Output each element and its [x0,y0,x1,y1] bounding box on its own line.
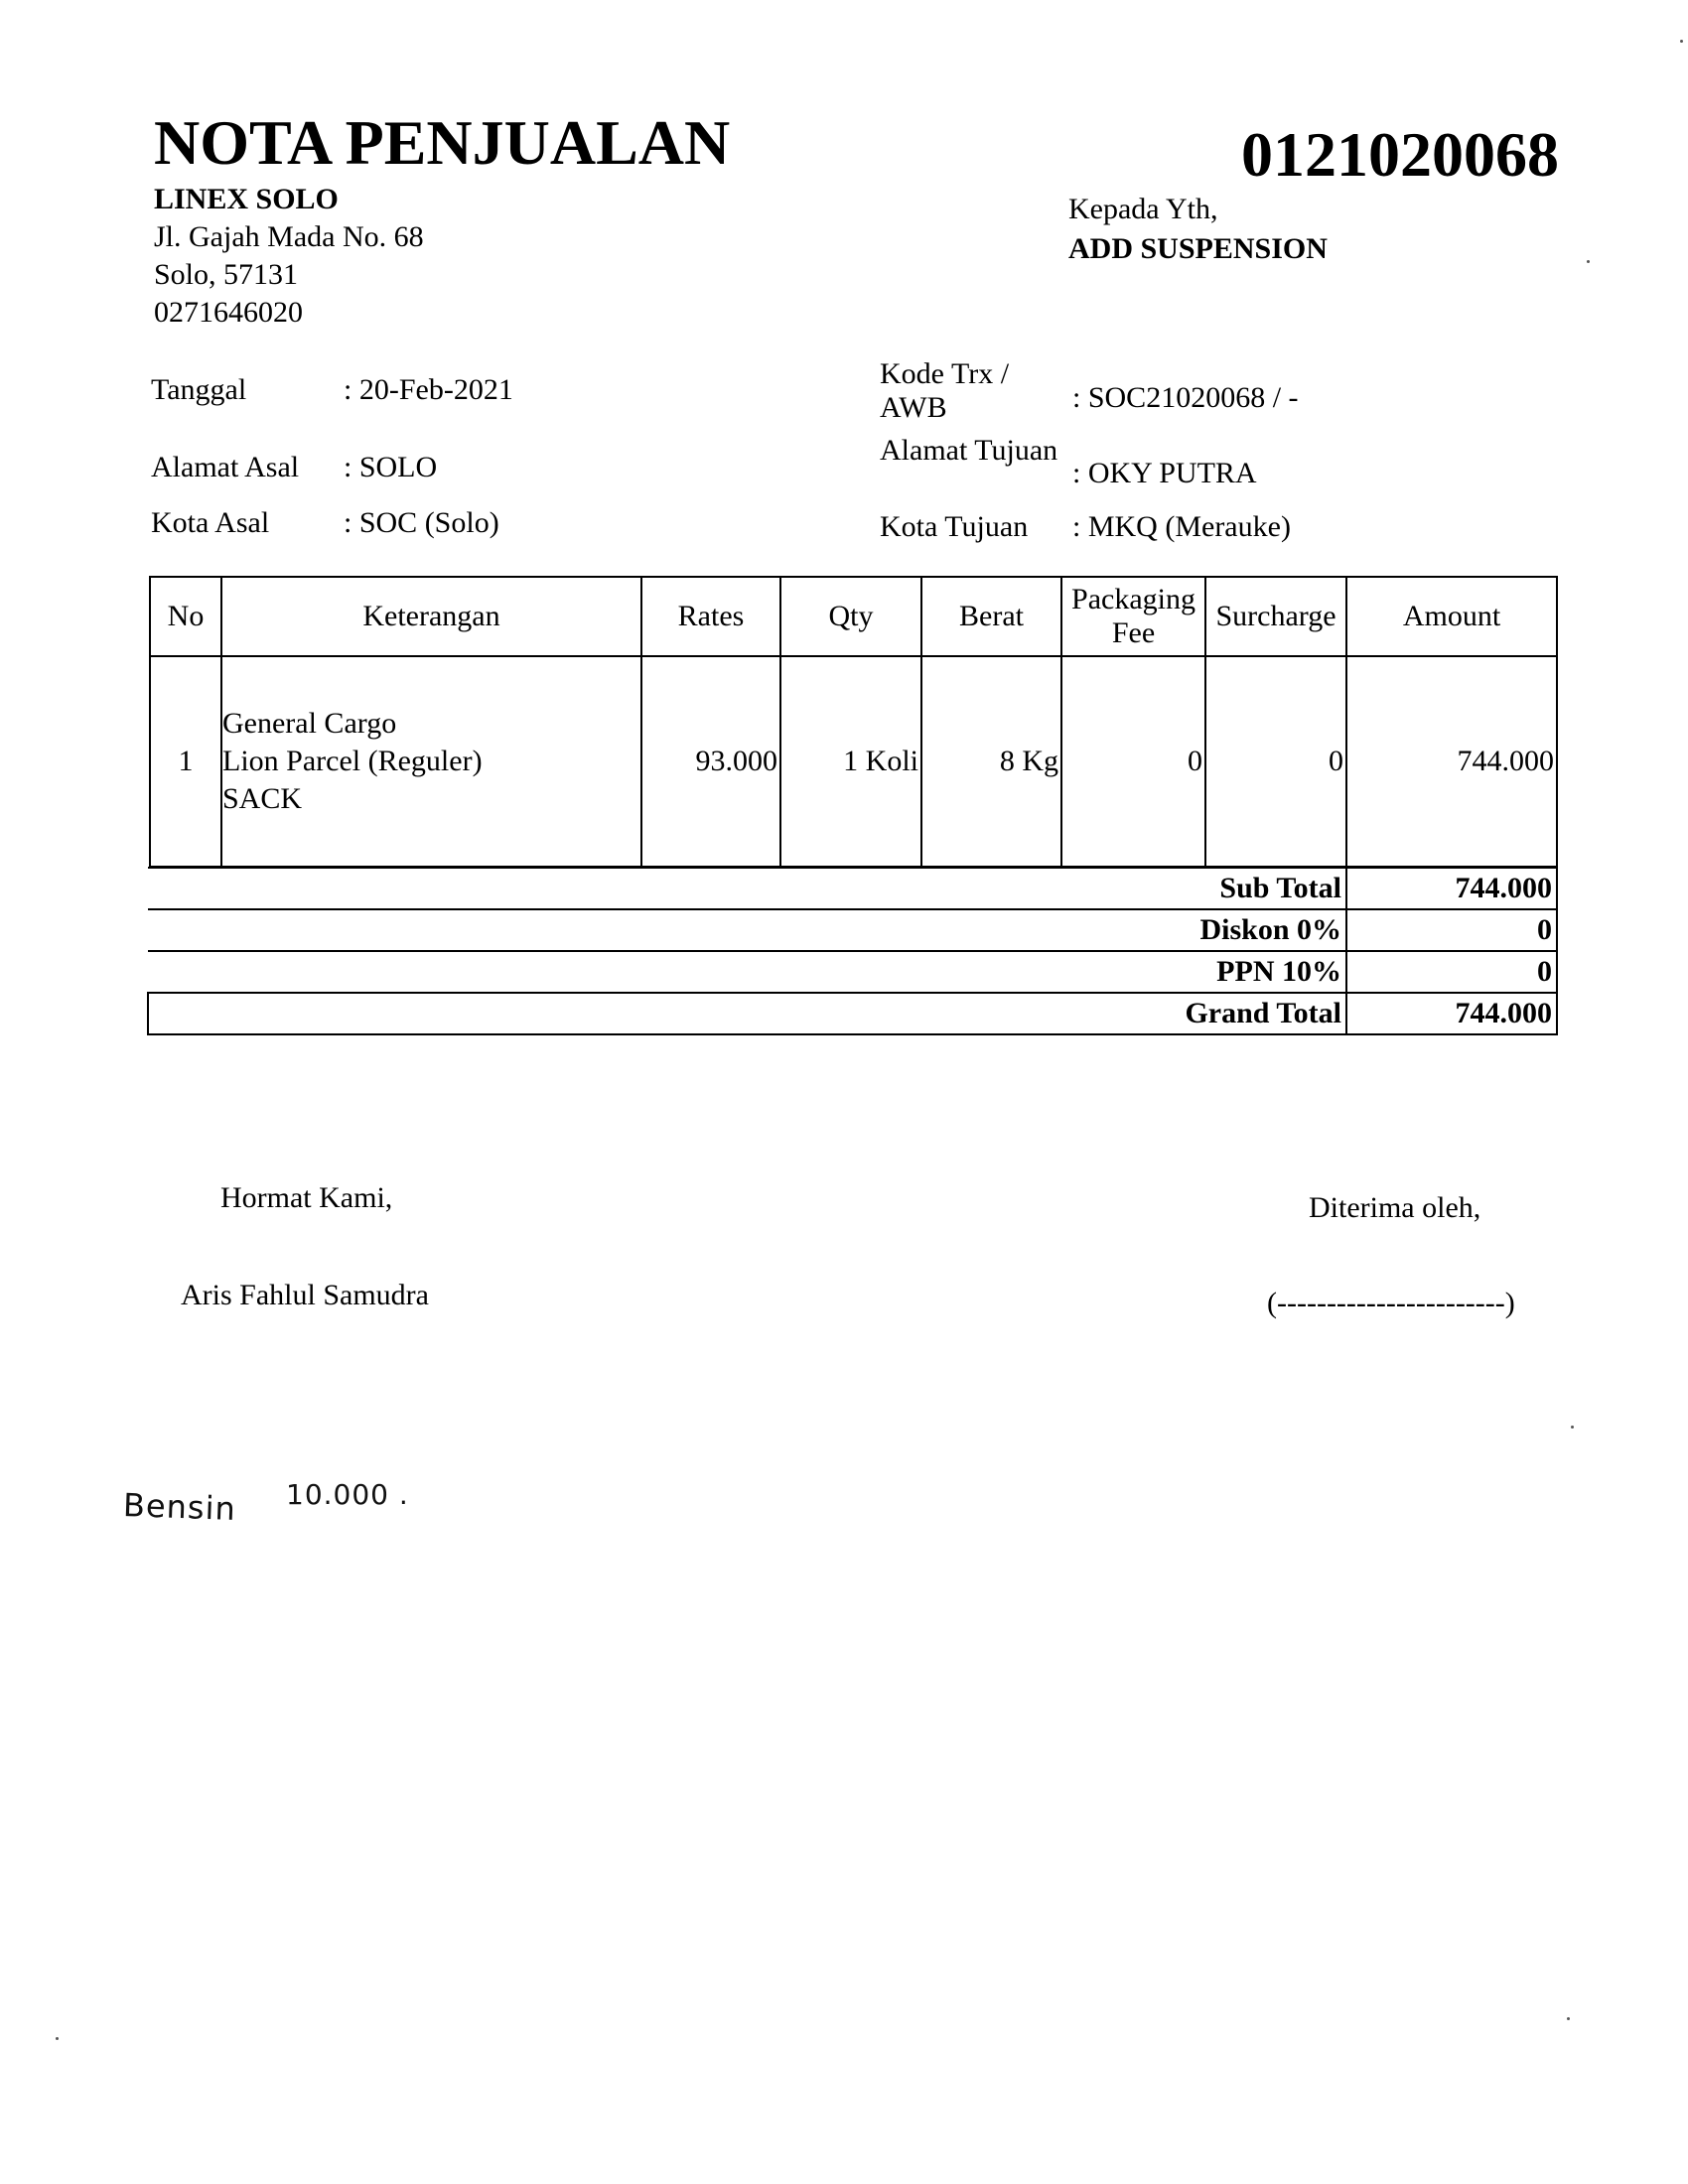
company-name: LINEX SOLO [154,185,339,214]
column-header-rates: Rates [641,577,780,656]
destination-city-label: Kota Tujuan [880,512,1028,542]
table-row: 1 General Cargo Lion Parcel (Reguler) SA… [150,656,1557,867]
scan-speck [1587,260,1590,263]
destination-address-value: : OKY PUTRA [1072,459,1257,488]
signature-left-label: Hormat Kami, [220,1183,392,1213]
grand-total-value: 744.000 [1346,993,1557,1034]
subtotal-value: 744.000 [1346,868,1557,909]
totals-table: Sub Total 744.000 Diskon 0% 0 PPN 10% 0 … [147,867,1558,1035]
subtotal-label: Sub Total [148,868,1346,909]
signature-left-name: Aris Fahlul Samudra [181,1281,429,1310]
subtotal-row: Sub Total 744.000 [148,868,1557,909]
to-label: Kepada Yth, [1068,195,1218,224]
cell-keterangan: General Cargo Lion Parcel (Reguler) SACK [221,656,641,867]
scan-speck [1680,40,1683,43]
items-table: No Keterangan Rates Qty Berat Packaging … [149,576,1558,868]
date-value: : 20-Feb-2021 [344,375,513,405]
discount-value: 0 [1346,909,1557,951]
description-line: SACK [222,780,640,818]
trx-code-value: : SOC21020068 / - [1072,383,1299,413]
column-header-berat: Berat [921,577,1061,656]
column-header-qty: Qty [780,577,921,656]
origin-address-label: Alamat Asal [151,453,299,482]
discount-row: Diskon 0% 0 [148,909,1557,951]
tax-label: PPN 10% [148,951,1346,993]
scan-speck [1571,1426,1574,1429]
company-phone: 0271646020 [154,298,303,328]
cell-qty: 1 Koli [780,656,921,867]
destination-city-value: : MKQ (Merauke) [1072,512,1291,542]
description-line: Lion Parcel (Reguler) [222,743,640,780]
table-header-row: No Keterangan Rates Qty Berat Packaging … [150,577,1557,656]
handwritten-item: Bensin [122,1489,236,1525]
date-label: Tanggal [151,375,246,405]
handwritten-amount: 10.000 . [286,1481,409,1509]
discount-label: Diskon 0% [148,909,1346,951]
tax-value: 0 [1346,951,1557,993]
origin-city-label: Kota Asal [151,508,269,538]
column-header-keterangan: Keterangan [221,577,641,656]
cell-berat: 8 Kg [921,656,1061,867]
column-header-amount: Amount [1346,577,1557,656]
column-header-surcharge: Surcharge [1205,577,1346,656]
column-header-packaging-fee: Packaging Fee [1061,577,1205,656]
nota-number: 0121020068 [1241,123,1559,187]
company-address-line2: Solo, 57131 [154,260,298,290]
cell-packaging-fee: 0 [1061,656,1205,867]
signature-right-line: (-----------------------) [1267,1289,1515,1318]
company-address-line1: Jl. Gajah Mada No. 68 [154,222,424,252]
scan-speck [56,2037,59,2040]
destination-address-label: Alamat Tujuan [880,434,1058,468]
trx-code-label: Kode Trx / AWB [880,357,1058,425]
recipient-name: ADD SUSPENSION [1068,234,1328,264]
signature-right-label: Diterima oleh, [1309,1193,1480,1223]
cell-rates: 93.000 [641,656,780,867]
cell-surcharge: 0 [1205,656,1346,867]
document-title: NOTA PENJUALAN [154,111,730,175]
grand-total-row: Grand Total 744.000 [148,993,1557,1034]
cell-no: 1 [150,656,221,867]
tax-row: PPN 10% 0 [148,951,1557,993]
grand-total-label: Grand Total [148,993,1346,1034]
column-header-no: No [150,577,221,656]
description-line: General Cargo [222,705,640,743]
scan-speck [1567,2017,1570,2020]
cell-amount: 744.000 [1346,656,1557,867]
origin-city-value: : SOC (Solo) [344,508,499,538]
origin-address-value: : SOLO [344,453,437,482]
